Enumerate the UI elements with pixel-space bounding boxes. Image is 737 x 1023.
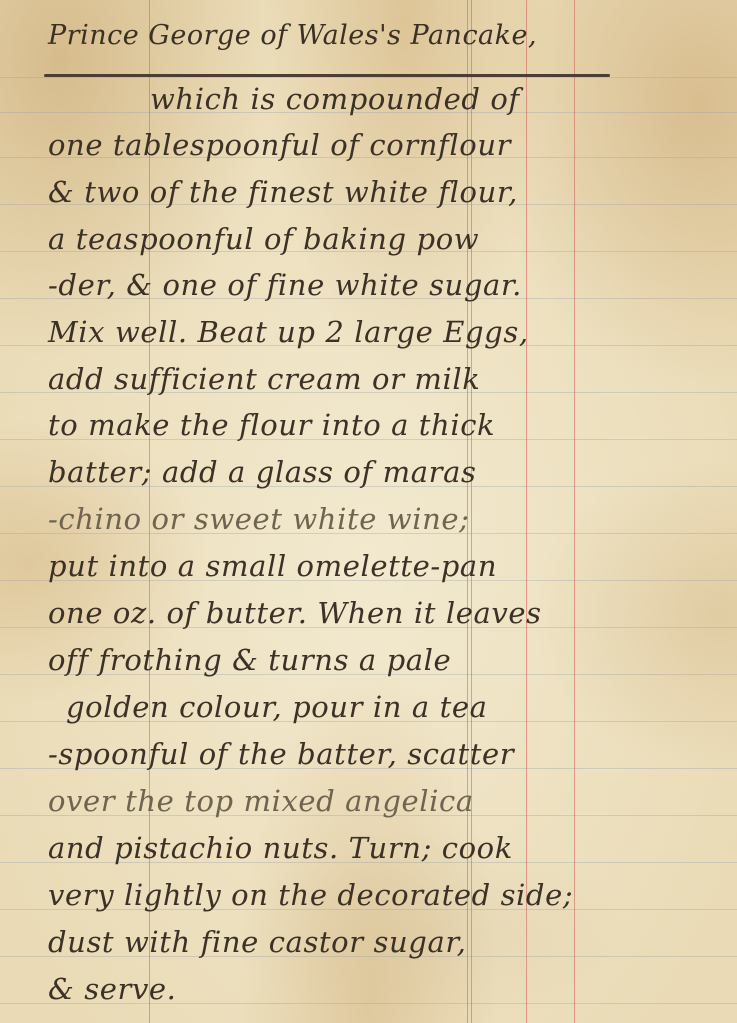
recipe-title: Prince George of Wales's Pancake, xyxy=(48,20,537,51)
title-underline xyxy=(44,74,610,77)
text-line: to make the flour into a thick xyxy=(48,408,495,442)
text-line: off frothing & turns a pale xyxy=(48,643,451,677)
text-line: dust with fine castor sugar, xyxy=(48,925,466,959)
text-line: batter; add a glass of maras xyxy=(48,455,476,489)
ruled-line xyxy=(0,77,737,78)
text-line: a teaspoonful of baking pow xyxy=(48,222,479,256)
text-line: add sufficient cream or milk xyxy=(48,362,480,396)
text-line: very lightly on the decorated side; xyxy=(48,878,573,912)
text-line: over the top mixed angelica xyxy=(48,784,474,818)
text-line: golden colour, pour in a tea xyxy=(66,690,488,724)
text-line: one oz. of butter. When it leaves xyxy=(48,596,542,630)
text-line: put into a small omelette-pan xyxy=(48,549,497,583)
text-line: & serve. xyxy=(48,972,177,1006)
text-line: & two of the finest white flour, xyxy=(48,175,518,209)
text-line: Mix well. Beat up 2 large Eggs, xyxy=(48,315,529,349)
text-line: which is compounded of xyxy=(150,82,520,116)
text-line: and pistachio nuts. Turn; cook xyxy=(48,831,513,865)
text-line: -der, & one of fine white sugar. xyxy=(48,268,522,302)
recipe-page: Prince George of Wales's Pancake, which … xyxy=(0,0,737,1023)
text-line: -spoonful of the batter, scatter xyxy=(48,737,514,771)
text-line: one tablespoonful of cornflour xyxy=(48,128,511,162)
text-line: -chino or sweet white wine; xyxy=(48,502,470,536)
